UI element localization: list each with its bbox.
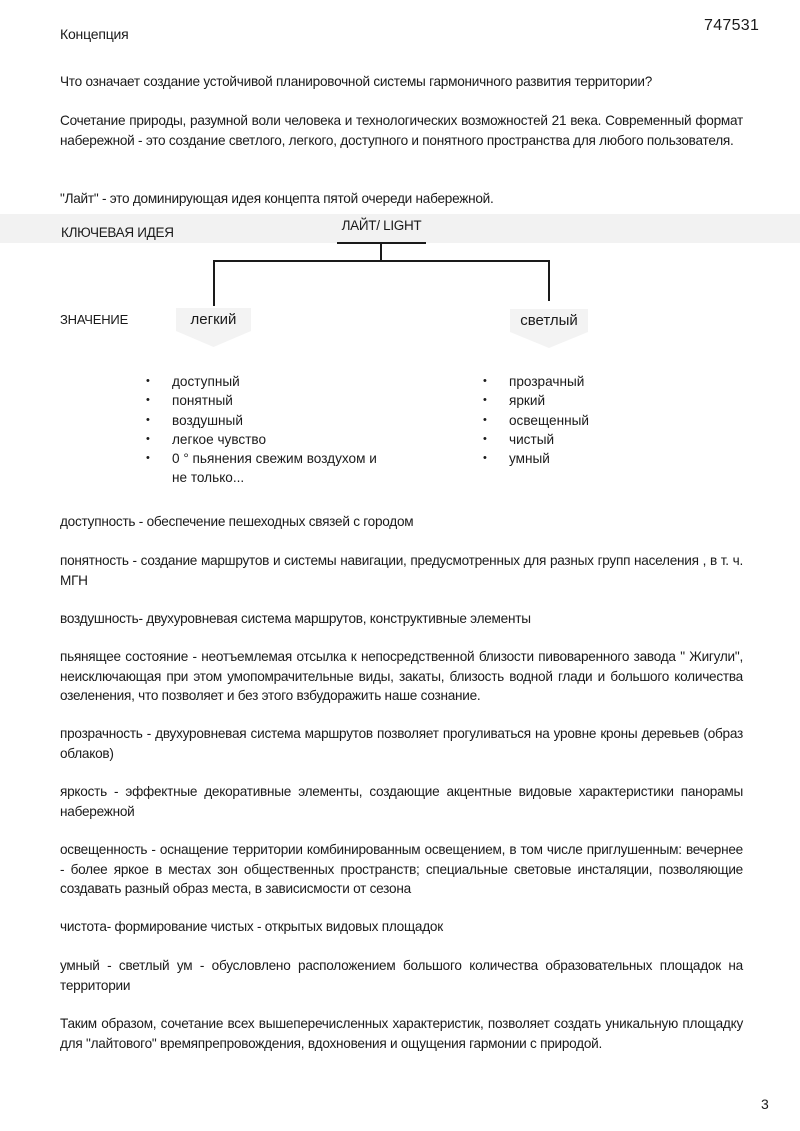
list-item: прозрачный (483, 372, 683, 391)
tree-right-drop (548, 260, 550, 301)
definition-paragraph: освещенность - оснащение территории комб… (60, 840, 743, 899)
branch-tag-light-weight: легкий (176, 308, 251, 348)
central-concept: ЛАЙТ/ LIGHT (337, 218, 426, 233)
intro-answer: Сочетание природы, разумной воли человек… (60, 111, 743, 150)
list-item: яркий (483, 391, 683, 410)
definition-paragraph: чистота- формирование чистых - открытых … (60, 917, 743, 937)
definition-paragraph: доступность - обеспечение пешеходных свя… (60, 512, 743, 532)
list-item: умный (483, 449, 683, 468)
key-idea-label: КЛЮЧЕВАЯ ИДЕЯ (61, 225, 174, 240)
meaning-label: ЗНАЧЕНИЕ (60, 312, 128, 327)
tree-left-drop (213, 260, 215, 306)
list-item: легкое чувство (146, 430, 406, 449)
list-item: чистый (483, 430, 683, 449)
list-item: 0 ° пьянения свежим воздухом и не только… (146, 449, 390, 488)
definition-paragraph: умный - светлый ум - обусловлено располо… (60, 956, 743, 995)
document-section-title: Концепция (60, 26, 129, 42)
intro-idea: "Лайт" - это доминирующая идея концепта … (60, 189, 743, 209)
definition-paragraph: яркость - эффектные декоративные элемент… (60, 782, 743, 821)
intro-question: Что означает создание устойчивой планиро… (60, 72, 743, 92)
branch-list-light-weight: доступный понятный воздушный легкое чувс… (146, 372, 406, 488)
list-item: доступный (146, 372, 406, 391)
list-item: воздушный (146, 411, 406, 430)
definition-paragraph: воздушность- двухуровневая система маршр… (60, 609, 743, 629)
list-item: понятный (146, 391, 406, 410)
document-number: 747531 (704, 17, 759, 35)
definition-paragraph: пьянящее состояние - неотъемлемая отсылк… (60, 647, 743, 706)
definition-paragraph: прозрачность - двухуровневая система мар… (60, 724, 743, 763)
branch-label: легкий (176, 311, 251, 328)
definition-paragraph: понятность - создание маршрутов и систем… (60, 551, 743, 590)
tree-crossbar (213, 260, 550, 262)
branch-label: светлый (510, 312, 588, 329)
branch-list-bright: прозрачный яркий освещенный чистый умный (483, 372, 683, 468)
branch-tag-bright: светлый (510, 309, 588, 349)
page-number: 3 (761, 1096, 769, 1112)
list-item: освещенный (483, 411, 683, 430)
conclusion-paragraph: Таким образом, сочетание всех вышеперечи… (60, 1014, 743, 1053)
